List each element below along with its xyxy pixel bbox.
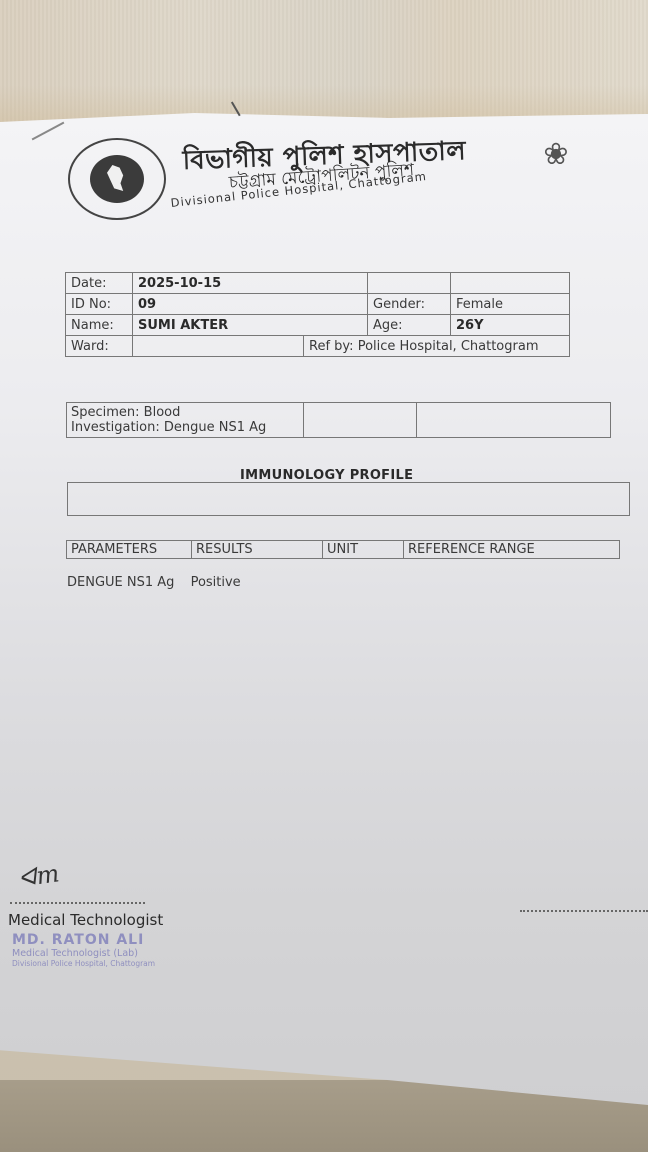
signature-line — [10, 902, 145, 904]
ward-value — [133, 336, 304, 357]
investigation-text: Investigation: Dengue NS1 Ag — [71, 420, 299, 435]
stamp-role: Medical Technologist (Lab) — [12, 948, 155, 959]
police-emblem-icon: ❀ — [508, 130, 604, 178]
header-parameters: PARAMETERS — [67, 541, 192, 558]
results-table-header: PARAMETERS RESULTS UNIT REFERENCE RANGE — [66, 540, 620, 559]
date-label: Date: — [66, 273, 133, 294]
technologist-stamp: MD. RATON ALI Medical Technologist (Lab)… — [12, 933, 155, 968]
table-row: Name: SUMI AKTER Age: 26Y — [66, 315, 570, 336]
age-label: Age: — [368, 315, 451, 336]
result-value: Positive — [191, 575, 241, 590]
bangladesh-map-icon — [90, 155, 144, 203]
id-label: ID No: — [66, 294, 133, 315]
table-row: ID No: 09 Gender: Female — [66, 294, 570, 315]
age-value: 26Y — [451, 315, 570, 336]
id-value: 09 — [133, 294, 368, 315]
signature-line-right — [520, 910, 648, 912]
table-row: DENGUE NS1 Ag Positive — [67, 575, 253, 590]
table-row: Ward: Ref by: Police Hospital, Chattogra… — [66, 336, 570, 357]
profile-title: IMMUNOLOGY PROFILE — [240, 468, 413, 483]
bangladesh-government-seal-icon — [68, 138, 166, 220]
gender-label: Gender: — [368, 294, 451, 315]
header-results: RESULTS — [192, 541, 323, 558]
header-reference-range: REFERENCE RANGE — [404, 541, 619, 558]
result-parameter: DENGUE NS1 Ag — [67, 575, 174, 590]
header-unit: UNIT — [323, 541, 404, 558]
ref-by: Ref by: Police Hospital, Chattogram — [304, 336, 570, 357]
ward-label: Ward: — [66, 336, 133, 357]
profile-box — [67, 482, 630, 516]
name-label: Name: — [66, 315, 133, 336]
stamp-name: MD. RATON ALI — [12, 933, 155, 948]
technologist-signature: ᐊm — [16, 859, 61, 892]
table-row: Date: 2025-10-15 — [66, 273, 570, 294]
date-value: 2025-10-15 — [133, 273, 368, 294]
gender-value: Female — [451, 294, 570, 315]
name-value: SUMI AKTER — [133, 315, 368, 336]
specimen-box: Specimen: Blood Investigation: Dengue NS… — [66, 402, 611, 438]
signature-label: Medical Technologist — [8, 911, 163, 929]
ref-value: Police Hospital, Chattogram — [358, 339, 539, 354]
patient-info-table: Date: 2025-10-15 ID No: 09 Gender: Femal… — [65, 272, 570, 357]
ref-label: Ref by: — [309, 339, 354, 354]
stamp-hospital: Divisional Police Hospital, Chattogram — [12, 959, 155, 968]
specimen-text: Specimen: Blood — [71, 405, 299, 420]
